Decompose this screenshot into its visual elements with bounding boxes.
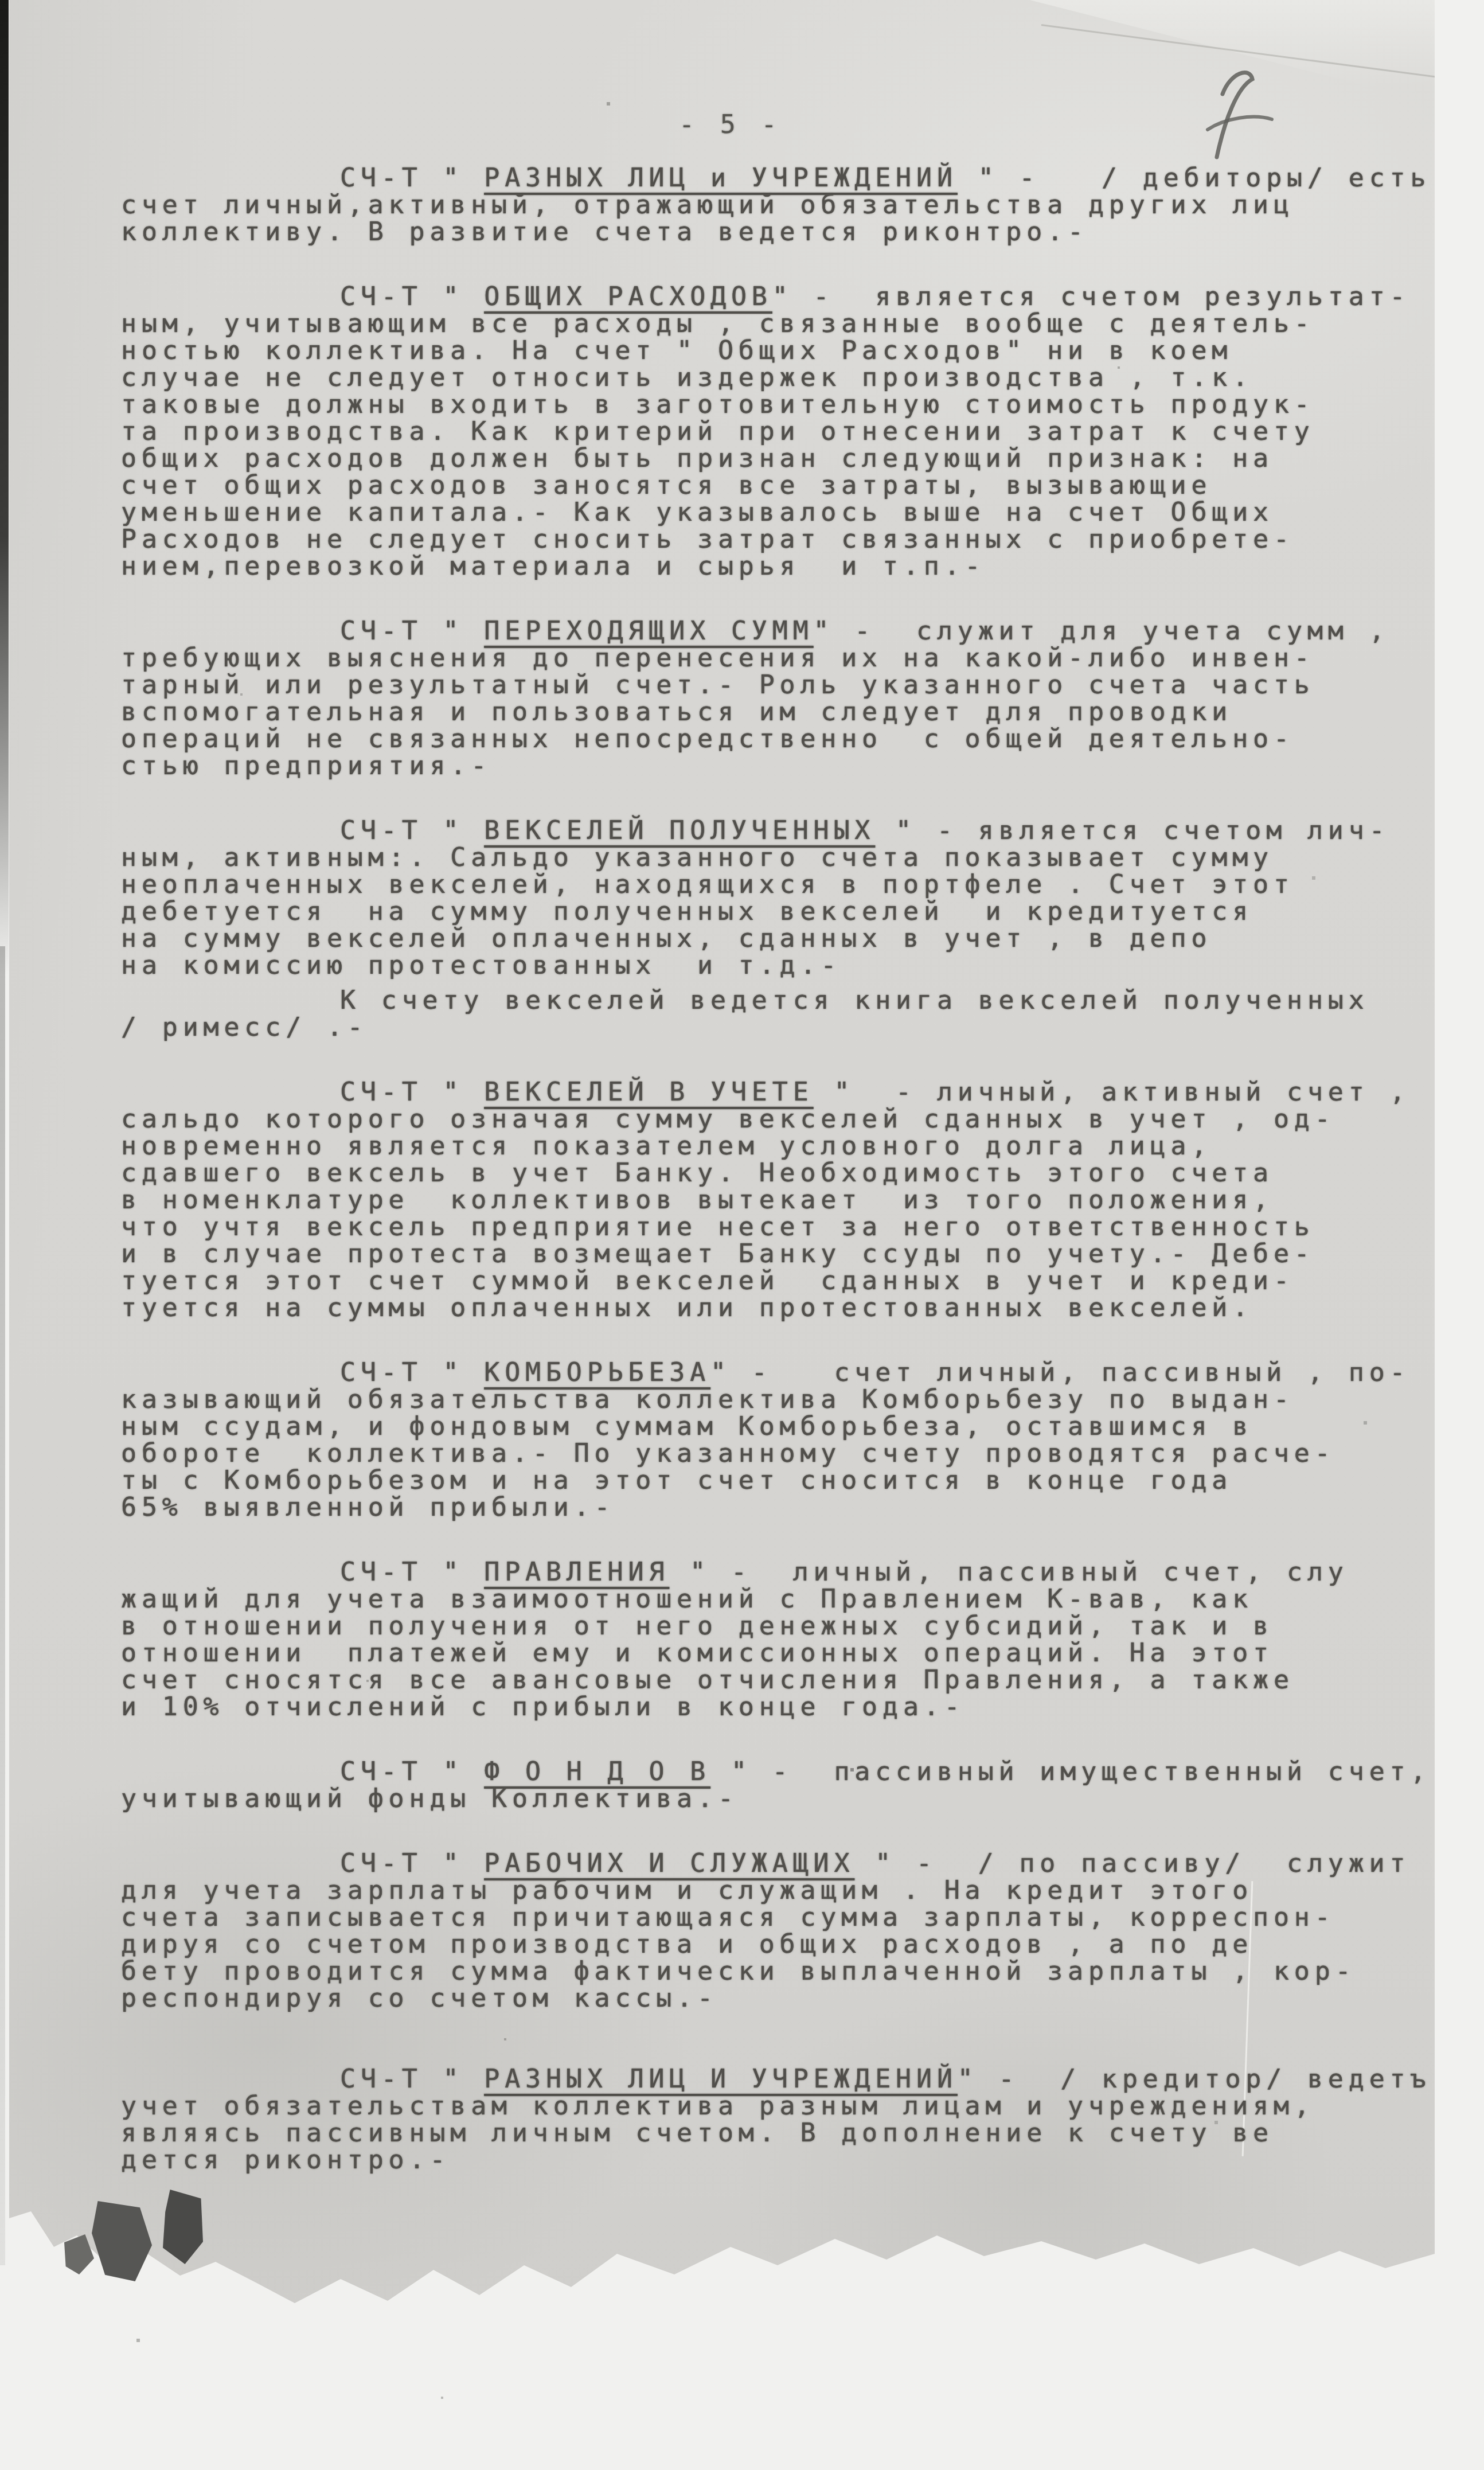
paragraph: К счету векселей ведется книга векселей …	[121, 986, 1457, 1040]
text-line: СЧ-Т " КОМБОРЬБЕЗА" - счет личный, пасси…	[121, 1359, 1457, 1386]
text-line: сальдо которого означая сумму векселей с…	[121, 1105, 1457, 1132]
account-title: ВЕКСЕЛЕЙ ПОЛУЧЕННЫХ	[484, 815, 875, 845]
account-title: РАЗНЫХ ЛИЦ И УЧРЕЖДЕНИЙ	[484, 2063, 958, 2094]
text-line: отношении платежей ему и комиссионных оп…	[121, 1639, 1457, 1666]
text-line: уменьшение капитала.- Как указывалось вы…	[121, 498, 1457, 525]
account-title: ВЕКСЕЛЕЙ В УЧЕТЕ	[484, 1076, 813, 1107]
text-line: являясь пассивным личным счетом. В допол…	[121, 2119, 1457, 2146]
text-line: ным ссудам, и фондовым суммам Комборьбез…	[121, 1412, 1457, 1439]
text-line: респондируя со счетом кассы.-	[121, 1984, 1457, 2011]
text-line: СЧ-Т " ПРАВЛЕНИЯ " - личный, пассивный с…	[121, 1558, 1457, 1585]
text-line: счет личный,активный, отражающий обязате…	[121, 191, 1457, 218]
text-line: учет обязательствам коллектива разным ли…	[121, 2092, 1457, 2119]
text-line: ным, учитывающим все расходы , связанные…	[121, 310, 1457, 337]
text-line: обороте коллектива.- По указанному счету…	[121, 1439, 1457, 1466]
text-line: новременно является показателем условног…	[121, 1132, 1457, 1159]
text-line: счета записывается причитающаяся сумма з…	[121, 1903, 1457, 1930]
text-line: счет общих расходов заносятся все затрат…	[121, 471, 1457, 498]
text-line: неоплаченных векселей, находящихся в пор…	[121, 871, 1457, 898]
text-line: в отношении получения от него денежных с…	[121, 1612, 1457, 1639]
paragraph: СЧ-Т " ВЕКСЕЛЕЙ В УЧЕТЕ " - личный, акти…	[121, 1078, 1457, 1321]
text-line: туется на суммы оплаченных или протестов…	[121, 1294, 1457, 1321]
paragraph: СЧ-Т " ОБЩИХ РАСХОДОВ" - является счетом…	[121, 283, 1457, 579]
account-title: ОБЩИХ РАСХОДОВ	[484, 281, 772, 311]
account-title: РАБОЧИХ И СЛУЖАЩИХ	[484, 1848, 854, 1878]
text-line: Расходов не следует сносить затрат связа…	[121, 525, 1457, 552]
document-body: СЧ-Т " РАЗНЫХ ЛИЦ и УЧРЕЖДЕНИЙ " - / деб…	[121, 164, 1457, 2173]
text-line: требующих выяснения до перенесения их на…	[121, 644, 1457, 671]
scanned-page: - 5 - 7 СЧ-Т " РАЗНЫХ ЛИЦ и УЧРЕЖДЕНИЙ "…	[9, 0, 1435, 2317]
text-line: счет сносятся все авансовые отчисления П…	[121, 1666, 1457, 1693]
text-line: на комиссию протестованных и т.д.-	[121, 951, 1457, 978]
text-line: СЧ-Т " РАЗНЫХ ЛИЦ и УЧРЕЖДЕНИЙ " - / деб…	[121, 164, 1457, 191]
text-line: тарный или результатный счет.- Роль указ…	[121, 671, 1457, 698]
text-line: СЧ-Т " ВЕКСЕЛЕЙ ПОЛУЧЕННЫХ " - является …	[121, 817, 1457, 844]
paragraph: СЧ-Т " ПРАВЛЕНИЯ " - личный, пассивный с…	[121, 1558, 1457, 1720]
text-line: в номенклатуре коллективов вытекает из т…	[121, 1186, 1457, 1213]
paragraph: СЧ-Т " КОМБОРЬБЕЗА" - счет личный, пасси…	[121, 1359, 1457, 1520]
text-line: бету проводится сумма фактически выплаче…	[121, 1957, 1457, 1984]
text-line: дется риконтро.-	[121, 2146, 1457, 2173]
text-line: СЧ-Т " ОБЩИХ РАСХОДОВ" - является счетом…	[121, 283, 1457, 310]
scan-edge-shadow	[0, 0, 9, 975]
text-line: та производства. Как критерий при отнесе…	[121, 417, 1457, 444]
text-line: коллективу. В развитие счета ведется рик…	[121, 218, 1457, 245]
text-line: ным, активным:. Сальдо указанного счета …	[121, 844, 1457, 871]
text-line: туется этот счет суммой векселей сданных…	[121, 1267, 1457, 1294]
text-line: сдавшего вексель в учет Банку. Необходим…	[121, 1159, 1457, 1186]
paragraph: СЧ-Т " ПЕРЕХОДЯЩИХ СУММ" - служит для уч…	[121, 617, 1457, 779]
text-line: жащий для учета взаимоотношений с Правле…	[121, 1585, 1457, 1612]
text-line: дируя со счетом производства и общих рас…	[121, 1930, 1457, 1957]
page-number: - 5 -	[679, 109, 782, 139]
scan-edge-shadow-lower	[0, 946, 5, 2265]
text-line: казывающий обязательства коллектива Комб…	[121, 1386, 1457, 1412]
paragraph: СЧ-Т " РАБОЧИХ И СЛУЖАЩИХ " - / по пасси…	[121, 1849, 1457, 2011]
account-title: Ф О Н Д О В	[484, 1756, 710, 1786]
text-line: К счету векселей ведется книга векселей …	[121, 986, 1457, 1013]
text-line: СЧ-Т " ВЕКСЕЛЕЙ В УЧЕТЕ " - личный, акти…	[121, 1078, 1457, 1105]
text-line: СЧ-Т " ПЕРЕХОДЯЩИХ СУММ" - служит для уч…	[121, 617, 1457, 644]
text-line: для учета зарплаты рабочим и служащим . …	[121, 1876, 1457, 1903]
text-line: на сумму векселей оплаченных, сданных в …	[121, 924, 1457, 951]
account-title: КОМБОРЬБЕЗА	[484, 1357, 710, 1387]
paragraph: СЧ-Т " РАЗНЫХ ЛИЦ И УЧРЕЖДЕНИЙ" - / кред…	[121, 2065, 1457, 2173]
handwritten-mark: 7	[1197, 62, 1283, 177]
text-line: что учтя вексель предприятие несет за не…	[121, 1213, 1457, 1240]
account-title: ПРАВЛЕНИЯ	[484, 1556, 669, 1587]
text-line: стью предприятия.-	[121, 752, 1457, 779]
text-line: СЧ-Т " РАБОЧИХ И СЛУЖАЩИХ " - / по пасси…	[121, 1849, 1457, 1876]
text-line: случае не следует относить издержек прои…	[121, 364, 1457, 391]
paragraph: СЧ-Т " Ф О Н Д О В " - пассивный имущест…	[121, 1758, 1457, 1812]
text-line: общих расходов должен быть признан следу…	[121, 444, 1457, 471]
text-line: ностью коллектива. На счет " Общих Расхо…	[121, 337, 1457, 364]
paragraph: СЧ-Т " РАЗНЫХ ЛИЦ и УЧРЕЖДЕНИЙ " - / деб…	[121, 164, 1457, 245]
text-line: и 10% отчислений с прибыли в конце года.…	[121, 1693, 1457, 1720]
text-line: и в случае протеста возмещает Банку ссуд…	[121, 1240, 1457, 1267]
text-line: СЧ-Т " Ф О Н Д О В " - пассивный имущест…	[121, 1758, 1457, 1785]
text-line: 65% выявленной прибыли.-	[121, 1493, 1457, 1520]
text-line: / римесс/ .-	[121, 1013, 1457, 1040]
text-line: операций не связанных непосредственно с …	[121, 725, 1457, 752]
text-line: учитывающий фонды Коллектива.-	[121, 1785, 1457, 1812]
text-line: нием,перевозкой материала и сырья и т.п.…	[121, 552, 1457, 579]
text-line: ты с Комборьбезом и на этот счет сноситс…	[121, 1466, 1457, 1493]
paragraph: СЧ-Т " ВЕКСЕЛЕЙ ПОЛУЧЕННЫХ " - является …	[121, 817, 1457, 978]
text-line: СЧ-Т " РАЗНЫХ ЛИЦ И УЧРЕЖДЕНИЙ" - / кред…	[121, 2065, 1457, 2092]
text-line: дебетуется на сумму полученных векселей …	[121, 898, 1457, 924]
account-title: ПЕРЕХОДЯЩИХ СУММ	[484, 615, 813, 646]
text-line: вспомогательная и пользоваться им следуе…	[121, 698, 1457, 725]
account-title: РАЗНЫХ ЛИЦ и УЧРЕЖДЕНИЙ	[484, 162, 958, 193]
text-line: таковые должны входить в заготовительную…	[121, 391, 1457, 417]
dust-specks	[0, 0, 1, 1]
